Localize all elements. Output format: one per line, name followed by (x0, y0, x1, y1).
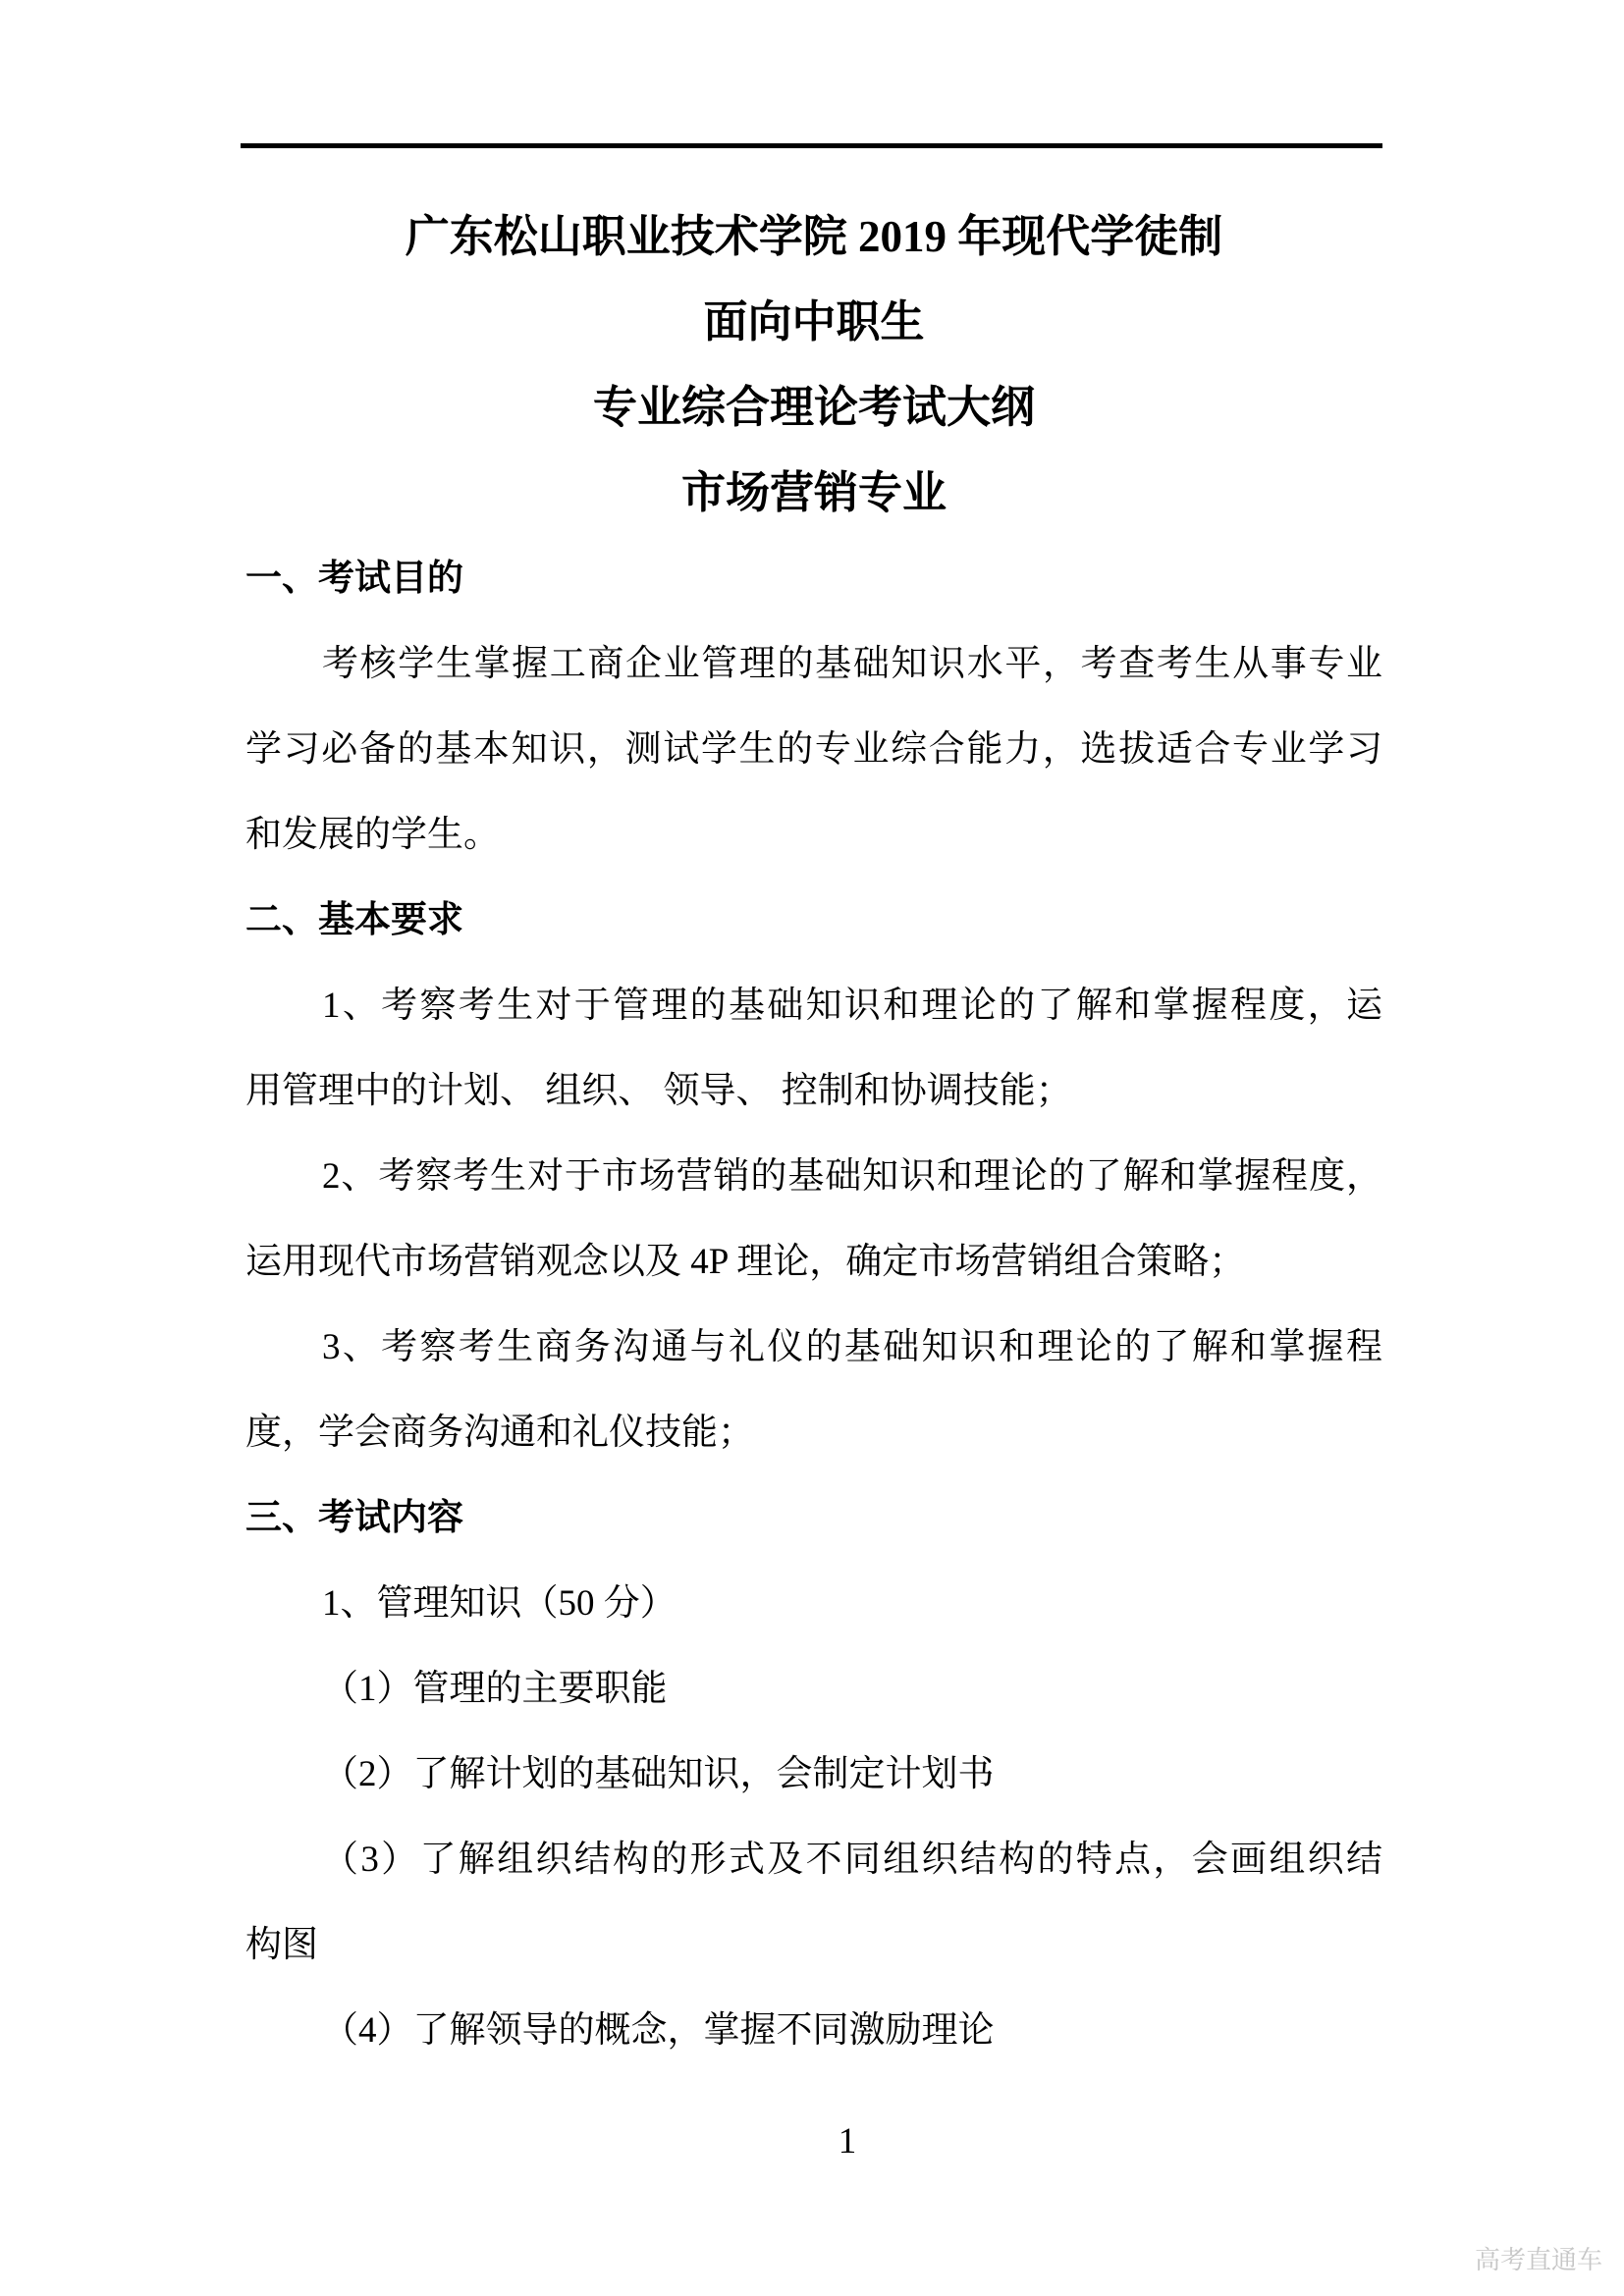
title-line: 面向中职生 (245, 280, 1382, 365)
title-line: 广东松山职业技术学院 2019 年现代学徒制 (245, 194, 1382, 280)
section-heading: 三、考试内容 (245, 1475, 1382, 1561)
body-line: （3）了解组织结构的形式及不同组织结构的特点，会画组织结 (245, 1817, 1382, 1902)
document-content: 广东松山职业技术学院 2019 年现代学徒制 面向中职生 专业综合理论考试大纲 … (245, 194, 1382, 2073)
body-line: 和发展的学生。 (245, 792, 1382, 878)
section-heading: 二、基本要求 (245, 878, 1382, 963)
watermark: 高考直通车 (1475, 2240, 1602, 2276)
header-rule (241, 143, 1382, 148)
body-line: 2、考察考生对于市场营销的基础知识和理论的了解和掌握程度， (245, 1134, 1382, 1219)
body-line: 学习必备的基本知识，测试学生的专业综合能力，选拔适合专业学习 (245, 707, 1382, 792)
section-heading: 一、考试目的 (245, 536, 1382, 621)
body-line: 1、管理知识（50 分） (245, 1561, 1382, 1646)
page-number: 1 (245, 2099, 1382, 2184)
title-line: 市场营销专业 (245, 451, 1382, 536)
body-line: （4）了解领导的概念，掌握不同激励理论 (245, 1988, 1382, 2073)
body-line: 考核学生掌握工商企业管理的基础知识水平，考查考生从事专业 (245, 621, 1382, 707)
body-line: 用管理中的计划、 组织、 领导、 控制和协调技能； (245, 1048, 1382, 1134)
body-line: （1）管理的主要职能 (245, 1646, 1382, 1732)
body-line: 度，学会商务沟通和礼仪技能； (245, 1390, 1382, 1475)
body-line: （2）了解计划的基础知识，会制定计划书 (245, 1732, 1382, 1817)
body-line: 构图 (245, 1902, 1382, 1988)
body-line: 3、考察考生商务沟通与礼仪的基础知识和理论的了解和掌握程 (245, 1305, 1382, 1390)
body-line: 1、考察考生对于管理的基础知识和理论的了解和掌握程度，运 (245, 963, 1382, 1048)
body-line: 运用现代市场营销观念以及 4P 理论，确定市场营销组合策略； (245, 1219, 1382, 1305)
title-line: 专业综合理论考试大纲 (245, 365, 1382, 451)
